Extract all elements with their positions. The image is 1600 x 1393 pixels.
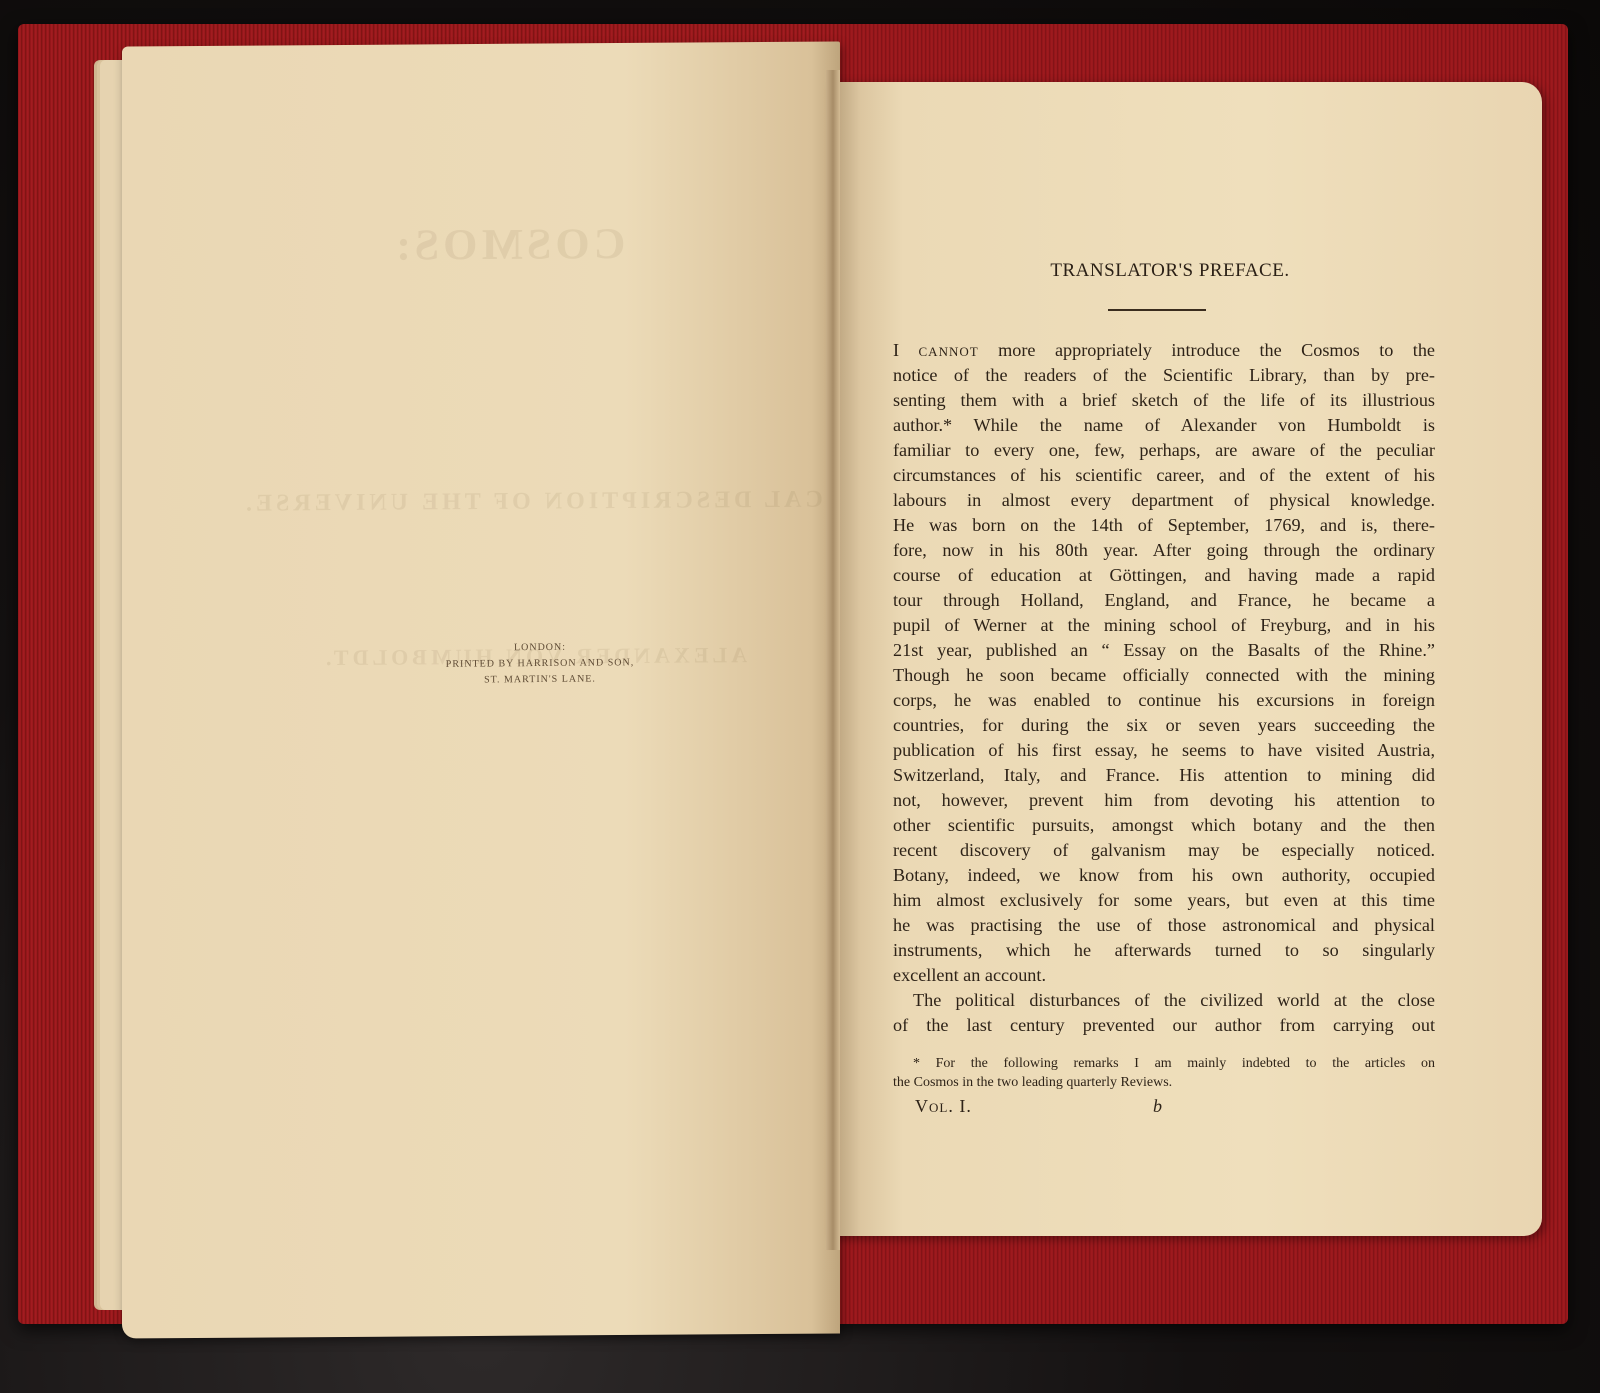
text-line: he was practising the use of those astro… xyxy=(893,913,1435,938)
text-line: recent discovery of galvanism may be esp… xyxy=(893,838,1435,863)
gathering-mark: b xyxy=(1153,1096,1162,1117)
text-line: corps, he was enabled to continue his ex… xyxy=(893,688,1435,713)
text-line: author.* While the name of Alexander von… xyxy=(893,413,1435,438)
text-line: I cannot more appropriately introduce th… xyxy=(893,338,1435,363)
text-line: publication of his first essay, he seems… xyxy=(893,738,1435,763)
text-line: other scientific pursuits, amongst which… xyxy=(893,813,1435,838)
text-line: of the last century prevented our author… xyxy=(893,1013,1435,1038)
text-line: notice of the readers of the Scientific … xyxy=(893,363,1435,388)
text-line: fore, now in his 80th year. After going … xyxy=(893,538,1435,563)
text-line: Botany, indeed, we know from his own aut… xyxy=(893,863,1435,888)
page-title: TRANSLATOR'S PREFACE. xyxy=(1000,260,1340,282)
preface-body: I cannot more appropriately introduce th… xyxy=(893,338,1435,1038)
text-line: 21st year, published an “ Essay on the B… xyxy=(893,638,1435,663)
text-line: pupil of Werner at the mining school of … xyxy=(893,613,1435,638)
text-line: He was born on the 14th of September, 17… xyxy=(893,513,1435,538)
footnote-line: the Cosmos in the two leading quarterly … xyxy=(893,1073,1435,1092)
footnote-line: * For the following remarks I am mainly … xyxy=(893,1054,1435,1073)
text-line: senting them with a brief sketch of the … xyxy=(893,388,1435,413)
imprint-address: ST. MARTIN'S LANE. xyxy=(400,671,680,689)
text-line: course of education at Göttingen, and ha… xyxy=(893,563,1435,588)
text-line: excellent an account. xyxy=(893,963,1435,988)
footnote: * For the following remarks I am mainly … xyxy=(893,1054,1435,1092)
text-line: instruments, which he afterwards turned … xyxy=(893,938,1435,963)
text-line: not, however, prevent him from devoting … xyxy=(893,788,1435,813)
text-line: him almost exclusively for some years, b… xyxy=(893,888,1435,913)
left-page[interactable]: COSMOS: PHYSICAL DESCRIPTION OF THE UNIV… xyxy=(122,41,840,1338)
bleed-through-subtitle: PHYSICAL DESCRIPTION OF THE UNIVERSE. xyxy=(242,486,916,518)
text-line: Though he soon became officially connect… xyxy=(893,663,1435,688)
volume-signature: Vol. I. xyxy=(915,1096,972,1117)
text-line: countries, for during the six or seven y… xyxy=(893,713,1435,738)
text-line: labours in almost every department of ph… xyxy=(893,488,1435,513)
title-rule xyxy=(1108,309,1206,311)
printer-imprint: LONDON: PRINTED BY HARRISON AND SON, ST.… xyxy=(400,640,680,688)
bleed-through-title: COSMOS: xyxy=(392,218,625,271)
text-line: The political disturbances of the civili… xyxy=(893,988,1435,1013)
text-line: tour through Holland, England, and Franc… xyxy=(893,588,1435,613)
text-line: familiar to every one, few, perhaps, are… xyxy=(893,438,1435,463)
text-line: circumstances of his scientific career, … xyxy=(893,463,1435,488)
book-gutter xyxy=(826,70,840,1250)
text-line: Switzerland, Italy, and France. His atte… xyxy=(893,763,1435,788)
